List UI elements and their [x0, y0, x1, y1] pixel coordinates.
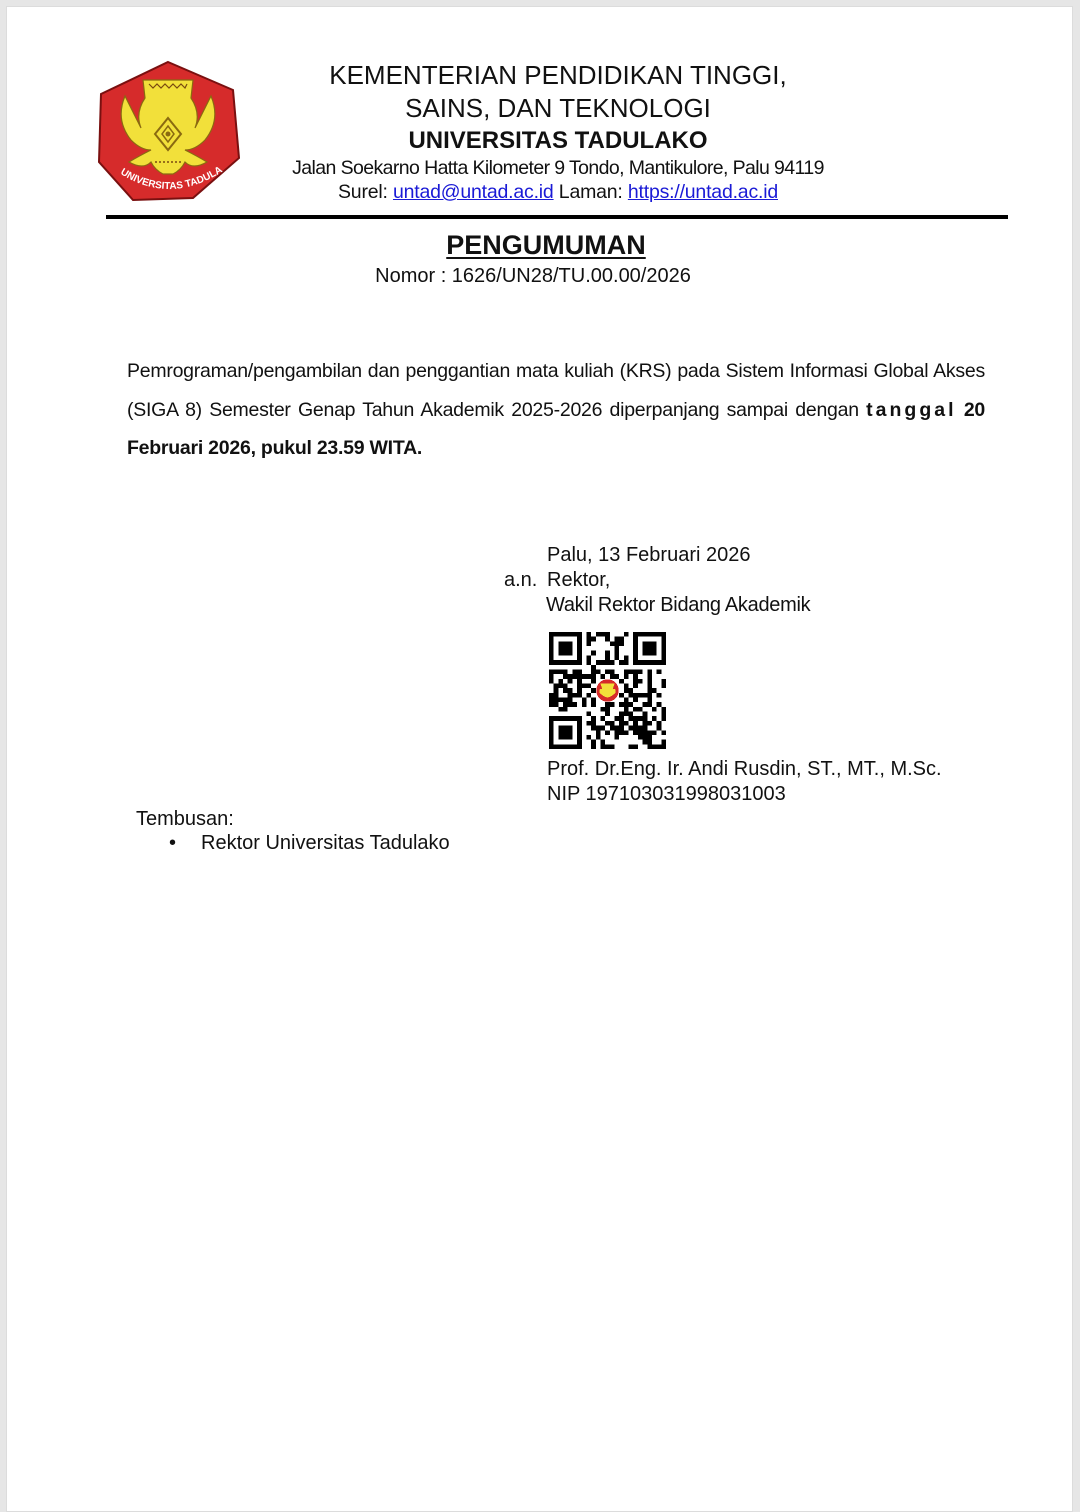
- website-link[interactable]: https://untad.ac.id: [628, 181, 778, 203]
- email-link[interactable]: untad@untad.ac.id: [393, 181, 554, 203]
- on-behalf-prefix: a.n.: [504, 568, 537, 593]
- email-label: Surel:: [338, 181, 388, 203]
- signer-nip: NIP 197103031998031003: [547, 782, 786, 807]
- university-address: Jalan Soekarno Hatta Kilometer 9 Tondo, …: [246, 157, 870, 180]
- cc-label: Tembusan:: [136, 807, 234, 832]
- on-behalf-of: Rektor,: [547, 568, 610, 593]
- tadulako-emblem-icon: UNIVERSITAS TADULAKO: [93, 58, 243, 208]
- place-date: Palu, 13 Februari 2026: [547, 543, 750, 568]
- university-logo: UNIVERSITAS TADULAKO: [93, 58, 243, 208]
- cc-list-item: •Rektor Universitas Tadulako: [169, 831, 450, 856]
- announcement-number: Nomor : 1626/UN28/TU.00.00/2026: [6, 265, 1060, 288]
- body-text-spaced: tanggal: [866, 399, 956, 421]
- contact-line: Surel: untad@untad.ac.id Laman: https://…: [246, 181, 870, 204]
- announcement-body: Pemrograman/pengambilan dan penggantian …: [127, 352, 985, 468]
- letterhead-divider: [106, 215, 1008, 219]
- signer-name: Prof. Dr.Eng. Ir. Andi Rusdin, ST., MT.,…: [547, 757, 942, 782]
- cc-item-text: Rektor Universitas Tadulako: [201, 832, 450, 854]
- bullet-icon: •: [169, 831, 201, 856]
- signer-position: Wakil Rektor Bidang Akademik: [546, 593, 810, 618]
- qr-code-icon: [549, 632, 666, 749]
- ministry-line-1: KEMENTERIAN PENDIDIKAN TINGGI,: [246, 60, 870, 91]
- university-name: UNIVERSITAS TADULAKO: [246, 127, 870, 155]
- document-page: UNIVERSITAS TADULAKO KEMENTERIAN PENDIDI…: [6, 6, 1073, 1512]
- website-label: Laman:: [559, 181, 623, 203]
- ministry-line-2: SAINS, DAN TEKNOLOGI: [246, 93, 870, 124]
- announcement-title: PENGUMUMAN: [6, 230, 1080, 261]
- body-text-plain: Pemrograman/pengambilan dan penggantian …: [127, 360, 985, 421]
- qr-code-signature: [549, 632, 666, 749]
